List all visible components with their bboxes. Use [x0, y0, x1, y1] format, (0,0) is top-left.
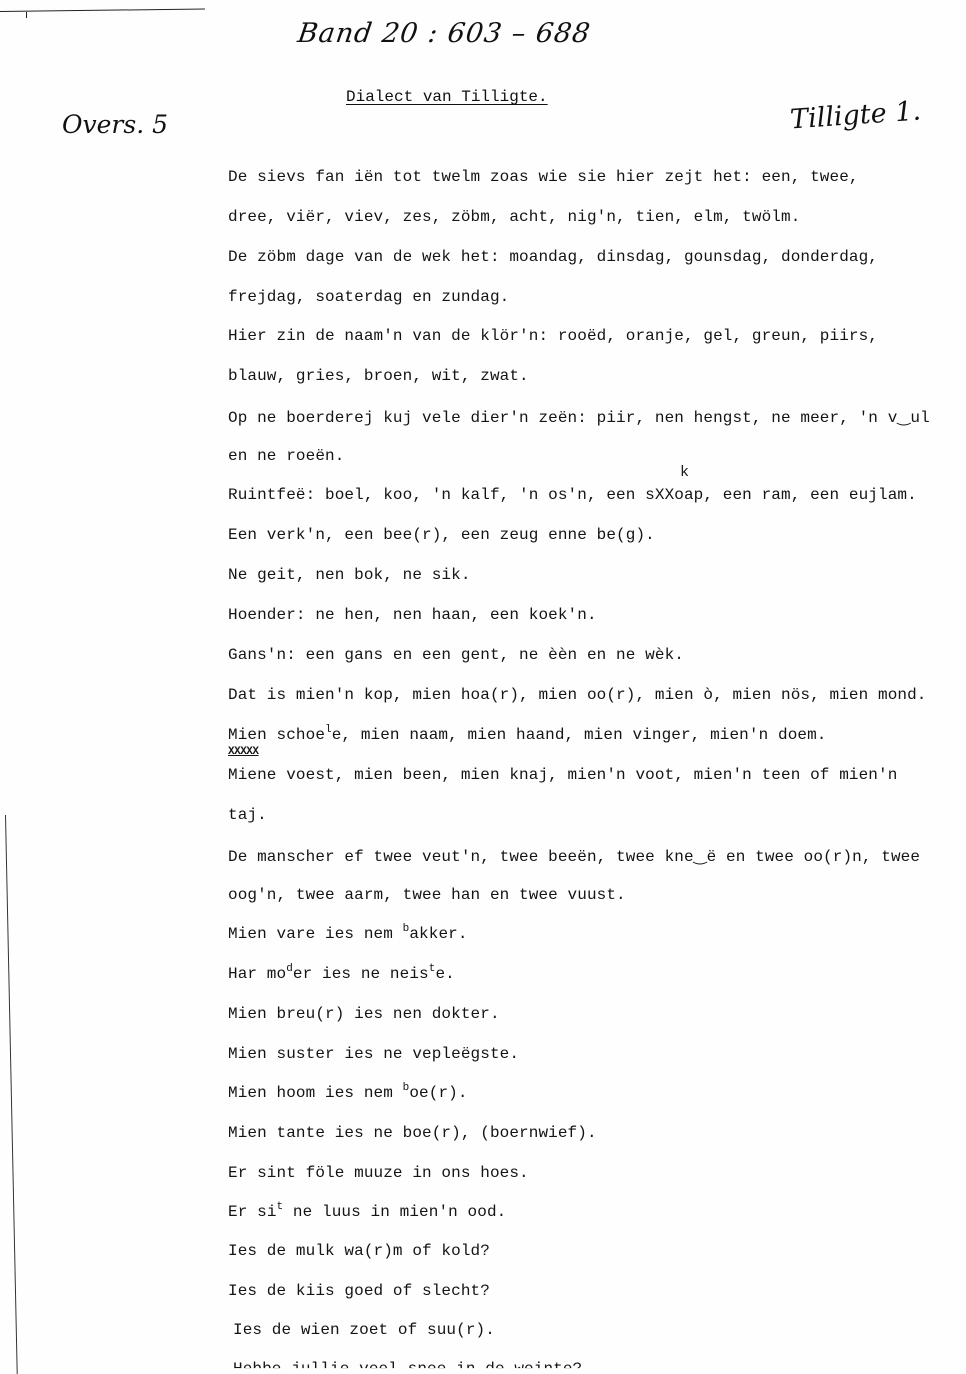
- text-fragment: akker.: [409, 925, 467, 943]
- text-line: taj.: [228, 806, 267, 824]
- superscript: l: [325, 724, 332, 736]
- text-line: De manscher ef twee veut'n, twee beeën, …: [228, 846, 920, 866]
- text-fragment: Er s: [228, 1203, 267, 1221]
- text-line: Mien breu(r) ies nen dokter.: [228, 1005, 500, 1023]
- text-fragment: ne luus in mien'n ood.: [283, 1203, 506, 1221]
- text-line: Mien tante ies ne boe(r), (boernwief).: [228, 1124, 597, 1142]
- text-fragment: Mien schoe: [228, 726, 325, 744]
- text-line: Hoender: ne hen, nen haan, een koek'n.: [228, 606, 597, 624]
- text-line: Een verk'n, een bee(r), een zeug enne be…: [228, 526, 655, 544]
- superscript: d: [286, 963, 293, 975]
- text-fragment: i: [267, 1203, 277, 1221]
- text-line: Hier zin de naam'n van de klör'n: rooëd,…: [228, 327, 878, 345]
- text-line: oog'n, twee aarm, twee han en twee vuust…: [228, 886, 626, 904]
- text-line: en ne roeën.: [228, 447, 344, 465]
- text-fragment: e.: [435, 965, 454, 983]
- text-line: Mien suster ies ne vepleëgste.: [228, 1045, 519, 1063]
- text-line: De zöbm dage van de wek het: moandag, di…: [228, 248, 878, 266]
- text-line: Ies de kiis goed of slecht?: [228, 1282, 490, 1300]
- text-fragment: er ies ne neis: [293, 965, 429, 983]
- struck-out-text: XXXXX: [228, 746, 259, 758]
- text-line: Ies de wien zoet of suu(r).: [233, 1321, 495, 1339]
- text-fragment: Mien vare ies nem: [228, 925, 403, 943]
- text-fragment: Har mo: [228, 965, 286, 983]
- handwritten-left-note: Overs. 5: [62, 110, 168, 139]
- scan-edge-mark: [26, 12, 27, 18]
- text-line: Op ne boerderej kuj vele dier'n zeën: pi…: [228, 407, 930, 427]
- text-fragment: Mien hoom ies nem: [228, 1084, 403, 1102]
- text-line: Er sit ne luus in mien'n ood.: [228, 1203, 506, 1221]
- text-line: Ne geit, nen bok, ne sik.: [228, 566, 471, 584]
- scan-edge-top: [0, 8, 205, 12]
- text-line: Ies de mulk wa(r)m of kold?: [228, 1242, 490, 1260]
- text-line: Mien schoele, mien naam, mien haand, mie…: [228, 726, 827, 744]
- text-line: frejdag, soaterdag en zundag.: [228, 288, 509, 306]
- text-line: Mien vare ies nem bakker.: [228, 925, 468, 943]
- text-line: Mien hoom ies nem boe(r).: [228, 1084, 468, 1102]
- text-line-cut-off: Hebbe jullie veel snee in de weinte?: [233, 1360, 582, 1374]
- page-title: Dialect van Tilligte.: [346, 88, 548, 106]
- handwritten-right-note: Tilligte 1.: [789, 95, 922, 135]
- text-fragment: e, mien naam, mien haand, mien vinger, m…: [332, 726, 827, 744]
- text-line: Er sint föle muuze in ons hoes.: [228, 1164, 529, 1182]
- text-line: blauw, gries, broen, wit, zwat.: [228, 367, 529, 385]
- scan-edge-left: [5, 815, 18, 1374]
- text-line: Har moder ies ne neiste.: [228, 965, 455, 983]
- text-line: De sievs fan iën tot twelm zoas wie sie …: [228, 168, 859, 186]
- text-line: Miene voest, mien been, mien knaj, mien'…: [228, 766, 897, 784]
- scanned-page: Band 20 : 603 – 688 Overs. 5 Tilligte 1.…: [0, 0, 966, 1374]
- text-line: dree, viër, viev, zes, zöbm, acht, nig'n…: [228, 208, 800, 226]
- text-line: Dat is mien'n kop, mien hoa(r), mien oo(…: [228, 686, 927, 704]
- text-line: Ruintfeë: boel, koo, 'n kalf, 'n os'n, e…: [228, 486, 917, 504]
- text-fragment: oe(r).: [409, 1084, 467, 1102]
- handwritten-reference: Band 20 : 603 – 688: [296, 18, 593, 49]
- text-line: Gans'n: een gans en een gent, ne èèn en …: [228, 646, 684, 664]
- typed-correction: k: [680, 464, 689, 481]
